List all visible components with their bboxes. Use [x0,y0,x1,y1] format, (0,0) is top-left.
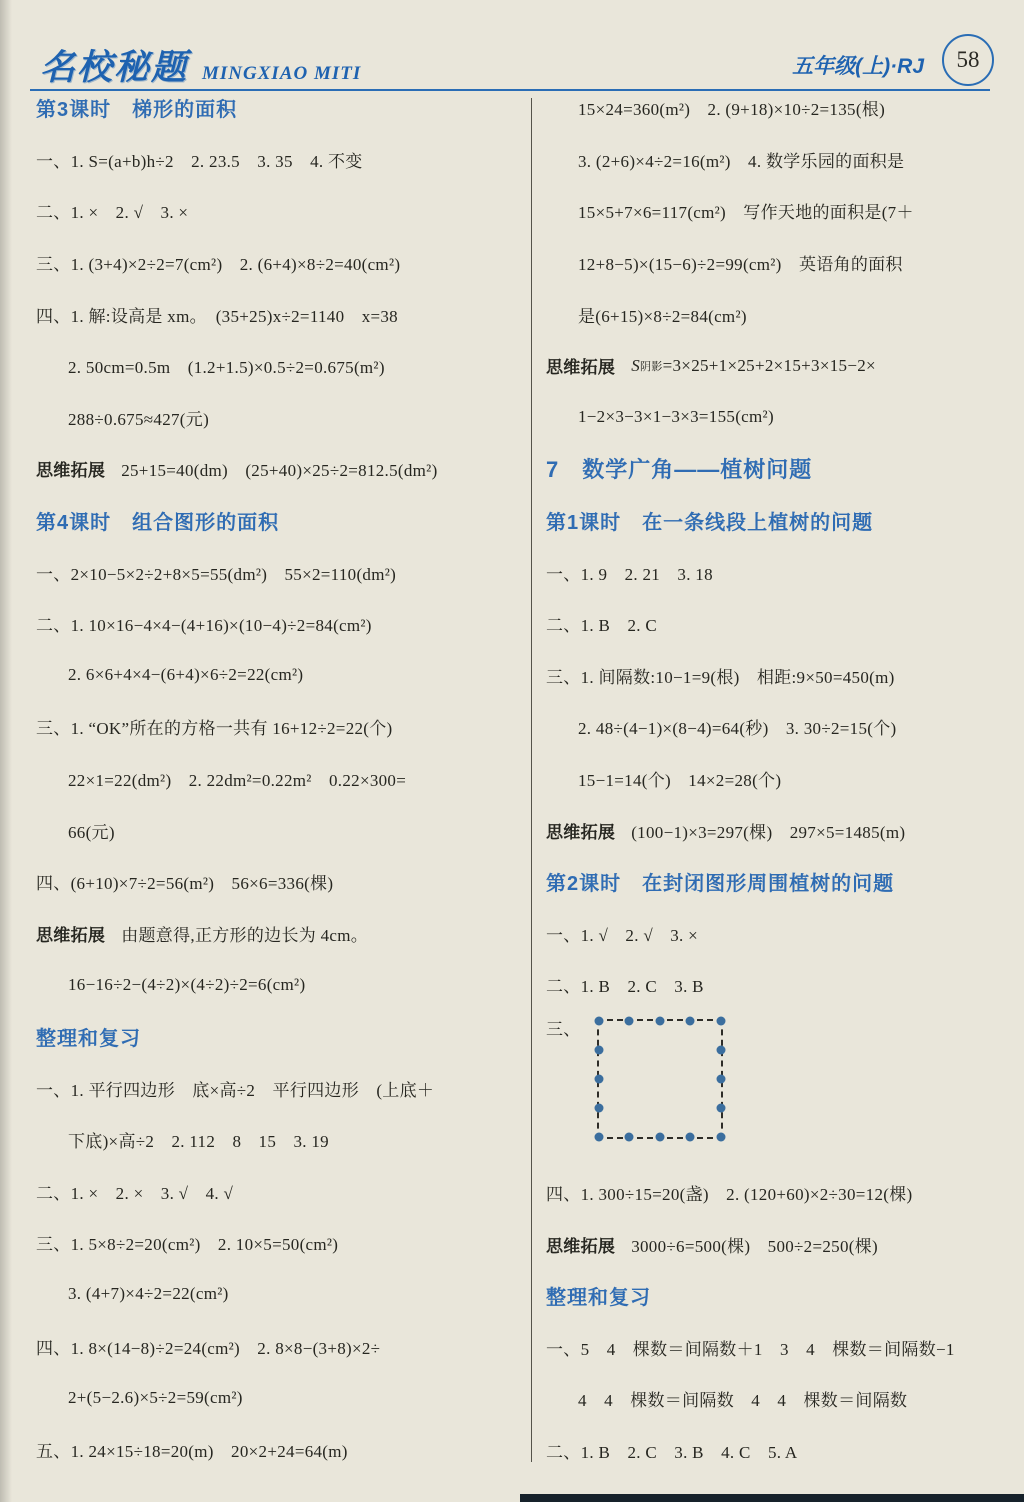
answer-text: 288÷0.675≈427(元) [68,405,209,430]
think-label: 思维拓展 [36,921,105,946]
answer-text: 二、1. B 2. C [546,611,657,636]
answer-line: 思维拓展由题意得,正方形的边长为 4cm。 [36,908,530,960]
answer-line: 二、1. B 2. C [546,598,1014,650]
tree-dot [716,1132,725,1141]
answer-text: 三、1. (3+4)×2÷2=7(cm²) 2. (6+4)×8÷2=40(cm… [36,250,400,275]
chapter-title: 7 数学广角——植树问题 [546,443,1014,495]
answer-line: 二、1. × 2. √ 3. × [36,185,530,237]
answer-line: 三、1. 5×8÷2=20(cm²) 2. 10×5=50(cm²) [36,1217,530,1269]
answer-text: 四、1. 300÷15=20(盏) 2. (120+60)×2÷30=12(棵) [546,1180,912,1205]
answer-text: 二、1. × 2. × 3. √ 4. √ [36,1179,233,1204]
answer-text: 3. (2+6)×4÷2=16(m²) 4. 数学乐园的面积是 [578,147,904,172]
answer-line: 二、1. × 2. × 3. √ 4. √ [36,1165,530,1217]
answer-line: 四、1. 300÷15=20(盏) 2. (120+60)×2÷30=12(棵) [546,1167,1014,1219]
answer-text: 三、1. “OK”所在的方格一共有 16+12÷2=22(个) [36,714,393,739]
edition-label: 五年级(上)·RJ [792,50,924,80]
tree-dot [716,1103,725,1112]
answer-text: 2. 50cm=0.5m (1.2+1.5)×0.5÷2=0.675(m²) [68,353,385,378]
answer-line: 288÷0.675≈427(元) [36,392,530,444]
answer-text: 二、1. B 2. C 3. B [546,972,704,997]
answer-line: 三、1. 间隔数:10−1=9(根) 相距:9×50=450(m) [546,650,1014,702]
answer-line: 15×24=360(m²) 2. (9+18)×10÷2=135(根) [546,82,1014,134]
think-label: 思维拓展 [546,353,615,378]
think-label: 思维拓展 [36,456,105,481]
answer-line: 三、 [546,1011,1014,1167]
section-title: 整理和复习 [546,1270,1014,1322]
planting-diagram [597,1019,723,1139]
think-label: 思维拓展 [546,1232,615,1257]
answer-line: 16−16÷2−(4÷2)×(4÷2)÷2=6(cm²) [36,959,530,1011]
think-label: 思维拓展 [546,818,615,843]
tree-dot [716,1074,725,1083]
answer-line: 二、1. B 2. C 3. B [546,959,1014,1011]
left-column: 第3课时 梯形的面积 一、1. S=(a+b)h÷2 2. 23.5 3. 35… [36,82,530,1475]
tree-dot [655,1132,664,1141]
answer-text: 一、1. 9 2. 21 3. 18 [546,560,713,585]
answer-text: 一、1. √ 2. √ 3. × [546,921,698,946]
answer-text: =3×25+1×25+2×15+3×15−2× [663,356,876,376]
answer-text: 一、2×10−5×2÷2+8×5=55(dm²) 55×2=110(dm²) [36,560,396,585]
page-number-badge: 58 [942,34,994,86]
tree-dot [686,1132,695,1141]
answer-line: 2. 48÷(4−1)×(8−4)=64(秒) 3. 30÷2=15(个) [546,701,1014,753]
tree-dot [594,1045,603,1054]
answer-text: 2. 6×6+4×4−(6+4)×6÷2=22(cm²) [68,665,303,685]
tree-dot [594,1103,603,1112]
answer-text: 1−2×3−3×1−3×3=155(cm²) [578,407,774,427]
answer-line: 思维拓展(100−1)×3=297(棵) 297×5=1485(m) [546,804,1014,856]
scan-edge-bottom [520,1494,1024,1502]
answer-line: 五、1. 24×15÷18=20(m) 20×2+24=64(m) [36,1423,530,1475]
answer-text: 一、1. S=(a+b)h÷2 2. 23.5 3. 35 4. 不变 [36,147,363,172]
answer-line: 1−2×3−3×1−3×3=155(cm²) [546,392,1014,444]
answer-text: 16−16÷2−(4÷2)×(4÷2)÷2=6(cm²) [68,975,305,995]
section-title: 第4课时 组合图形的面积 [36,495,530,547]
answer-text: 22×1=22(dm²) 2. 22dm²=0.22m² 0.22×300= [68,766,406,791]
answer-text: 下底)×高÷2 2. 112 8 15 3. 19 [68,1127,329,1152]
answer-text: 15×24=360(m²) 2. (9+18)×10÷2=135(根) [578,95,885,120]
section-title: 整理和复习 [36,1011,530,1063]
answer-text: 四、1. 解:设高是 xm。 (35+25)x÷2=1140 x=38 [36,302,398,327]
answer-line: 一、2×10−5×2÷2+8×5=55(dm²) 55×2=110(dm²) [36,546,530,598]
question-label: 三、 [546,1015,581,1040]
answer-line: 3. (2+6)×4÷2=16(m²) 4. 数学乐园的面积是 [546,134,1014,186]
answer-line: 是(6+15)×8÷2=84(cm²) [546,288,1014,340]
answer-text: 12+8−5)×(15−6)÷2=99(cm²) 英语角的面积 [578,250,903,275]
answer-text: 3000÷6=500(棵) 500÷2=250(棵) [631,1232,878,1257]
answer-text: 由题意得,正方形的边长为 4cm。 [121,921,368,946]
tree-dot [625,1016,634,1025]
answer-text: 五、1. 24×15÷18=20(m) 20×2+24=64(m) [36,1437,348,1462]
shaded-area-subscript: 阴影 [640,358,663,374]
answer-line: 四、1. 解:设高是 xm。 (35+25)x÷2=1140 x=38 [36,288,530,340]
answer-line: 二、1. B 2. C 3. B 4. C 5. A [546,1425,1014,1477]
answer-text: 四、(6+10)×7÷2=56(m²) 56×6=336(棵) [36,869,333,894]
answer-line: 2. 50cm=0.5m (1.2+1.5)×0.5÷2=0.675(m²) [36,340,530,392]
answer-text: 15−1=14(个) 14×2=28(个) [578,766,781,791]
answer-line: 思维拓展S阴影=3×25+1×25+2×15+3×15−2× [546,340,1014,392]
answer-text: 三、1. 间隔数:10−1=9(根) 相距:9×50=450(m) [546,663,895,688]
tree-dot [716,1016,725,1025]
answer-text: 4 4 棵数＝间隔数 4 4 棵数＝间隔数 [578,1386,907,1411]
section-title: 第2课时 在封闭图形周围植树的问题 [546,856,1014,908]
answer-text: 四、1. 8×(14−8)÷2=24(cm²) 2. 8×8−(3+8)×2÷ [36,1334,380,1359]
answer-text: 66(元) [68,818,115,843]
right-column: 15×24=360(m²) 2. (9+18)×10÷2=135(根) 3. (… [546,82,1014,1476]
answer-text: 2+(5−2.6)×5÷2=59(cm²) [68,1388,243,1408]
answer-line: 一、1. 平行四边形 底×高÷2 平行四边形 (上底＋ [36,1062,530,1114]
answer-text: 一、5 4 棵数＝间隔数＋1 3 4 棵数＝间隔数−1 [546,1335,955,1360]
tree-dot [594,1132,603,1141]
answer-text: 2. 48÷(4−1)×(8−4)=64(秒) 3. 30÷2=15(个) [578,714,897,739]
answer-line: 四、1. 8×(14−8)÷2=24(cm²) 2. 8×8−(3+8)×2÷ [36,1320,530,1372]
answer-line: 15×5+7×6=117(cm²) 写作天地的面积是(7＋ [546,185,1014,237]
answer-text: 3. (4+7)×4÷2=22(cm²) [68,1284,229,1304]
answer-line: 12+8−5)×(15−6)÷2=99(cm²) 英语角的面积 [546,237,1014,289]
tree-dot [625,1132,634,1141]
answer-line: 思维拓展3000÷6=500(棵) 500÷2=250(棵) [546,1218,1014,1270]
logo-en-text: MINGXIAO MITI [202,63,361,84]
answer-text: 二、1. 10×16−4×4−(4+16)×(10−4)÷2=84(cm²) [36,611,372,636]
tree-dot [716,1045,725,1054]
answer-line: 二、1. 10×16−4×4−(4+16)×(10−4)÷2=84(cm²) [36,598,530,650]
answer-text: 是(6+15)×8÷2=84(cm²) [578,302,747,327]
tree-dot [655,1016,664,1025]
answer-line: 下底)×高÷2 2. 112 8 15 3. 19 [36,1114,530,1166]
tree-dot [594,1074,603,1083]
answer-line: 一、5 4 棵数＝间隔数＋1 3 4 棵数＝间隔数−1 [546,1321,1014,1373]
answer-text: (100−1)×3=297(棵) 297×5=1485(m) [631,818,905,843]
answer-line: 一、1. S=(a+b)h÷2 2. 23.5 3. 35 4. 不变 [36,134,530,186]
answer-line: 2. 6×6+4×4−(6+4)×6÷2=22(cm²) [36,650,530,702]
answer-line: 三、1. “OK”所在的方格一共有 16+12÷2=22(个) [36,701,530,753]
answer-text: 二、1. × 2. √ 3. × [36,198,188,223]
answer-line: 2+(5−2.6)×5÷2=59(cm²) [36,1372,530,1424]
answer-line: 4 4 棵数＝间隔数 4 4 棵数＝间隔数 [546,1373,1014,1425]
answer-text: 三、1. 5×8÷2=20(cm²) 2. 10×5=50(cm²) [36,1230,338,1255]
tree-dot [594,1016,603,1025]
answer-line: 22×1=22(dm²) 2. 22dm²=0.22m² 0.22×300= [36,753,530,805]
scan-edge-left [0,0,12,1502]
answer-line: 四、(6+10)×7÷2=56(m²) 56×6=336(棵) [36,856,530,908]
answer-line: 15−1=14(个) 14×2=28(个) [546,753,1014,805]
answer-line: 三、1. (3+4)×2÷2=7(cm²) 2. (6+4)×8÷2=40(cm… [36,237,530,289]
column-divider [531,98,532,1462]
answer-text: 15×5+7×6=117(cm²) 写作天地的面积是(7＋ [578,198,914,223]
answer-text: 一、1. 平行四边形 底×高÷2 平行四边形 (上底＋ [36,1076,434,1101]
shaded-area-symbol: S [631,356,640,376]
section-title: 第1课时 在一条线段上植树的问题 [546,495,1014,547]
answer-line: 3. (4+7)×4÷2=22(cm²) [36,1269,530,1321]
tree-dot [686,1016,695,1025]
answer-line: 思维拓展25+15=40(dm) (25+40)×25÷2=812.5(dm²) [36,443,530,495]
answer-line: 一、1. √ 2. √ 3. × [546,908,1014,960]
answer-text: 二、1. B 2. C 3. B 4. C 5. A [546,1438,798,1463]
section-title: 第3课时 梯形的面积 [36,82,530,134]
answer-line: 66(元) [36,804,530,856]
answer-text: 25+15=40(dm) (25+40)×25÷2=812.5(dm²) [121,456,437,481]
answer-line: 一、1. 9 2. 21 3. 18 [546,546,1014,598]
